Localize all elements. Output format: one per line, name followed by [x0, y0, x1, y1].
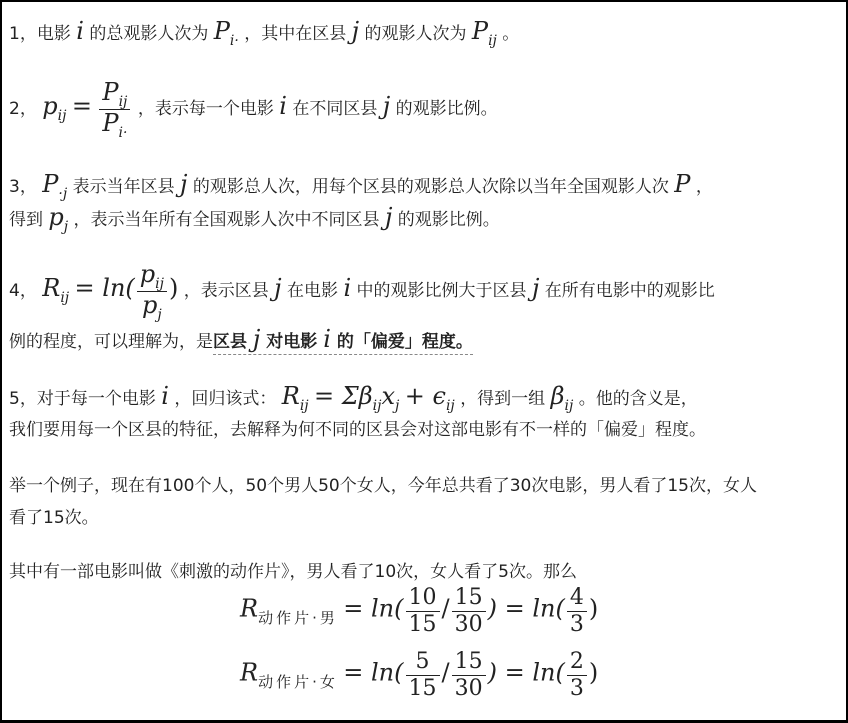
- item-3-line-2: 得到 pj ，表示当年所有全国观影人次中不同区县 j 的观影比例。: [9, 205, 500, 233]
- var-R: R: [240, 595, 258, 623]
- numerator: p: [140, 260, 155, 288]
- example-line-1: 举一个例子，现在有100个人，50个男人50个女人，今年总共看了30次电影，男人…: [9, 474, 757, 498]
- denominator: 30: [452, 612, 486, 638]
- subscript: 动作片·男: [258, 609, 338, 627]
- fraction: pij pj: [137, 261, 167, 322]
- numerator: P: [102, 78, 118, 106]
- var-P: P: [674, 170, 690, 198]
- var-beta: β: [551, 382, 565, 410]
- item-number: 1: [9, 24, 20, 44]
- var-j: j: [352, 17, 359, 45]
- text: 中的观影比例大于区县: [357, 281, 527, 301]
- highlighted-phrase: 区县 j 对电影 i 的「偏爱」程度。: [213, 332, 473, 355]
- paren-close: ): [589, 595, 598, 623]
- slash: /: [442, 595, 450, 623]
- text: 看了15次。: [9, 508, 99, 528]
- subscript: j: [64, 219, 68, 235]
- var-j: j: [532, 274, 539, 302]
- text: ，对于每一个电影: [20, 389, 156, 409]
- item-5-line-1: 5，对于每一个电影 i ，回归该式： Rij = Σβijxj + ϵij ，得…: [9, 384, 698, 412]
- fraction: 1015: [406, 585, 440, 638]
- item-1: 1，电影 i 的总观影人次为 Pi· ，其中在区县 j 的观影人次为 Pij 。: [9, 19, 519, 47]
- var-i: i: [161, 382, 169, 410]
- subscript: ij: [119, 94, 128, 110]
- var-R: R: [240, 659, 258, 687]
- ln-open: = ln(: [343, 595, 403, 623]
- text: ，回归该式：: [174, 389, 276, 409]
- equation-male: R动作片·男 = ln(1015/1530) = ln(43): [240, 585, 598, 638]
- var-i: i: [279, 92, 287, 120]
- denominator: 30: [452, 676, 486, 702]
- text: 的观影总人次，用每个区县的观影总人次除以当年全国观影人次: [193, 177, 669, 197]
- item-2: 2， pij = Pij Pi· ，表示每一个电影 i 在不同区县 j 的观影比…: [9, 78, 498, 140]
- sum-beta: = Σβ: [314, 382, 373, 410]
- denominator: p: [142, 291, 157, 319]
- text: 在所有电影中的观影比: [545, 281, 715, 301]
- subscript: ·j: [58, 186, 67, 202]
- var-p: p: [48, 203, 63, 231]
- item-4-line-2: 例的程度，可以理解为，是区县 j 对电影 i 的「偏爱」程度。: [9, 327, 473, 354]
- denominator: 3: [567, 612, 587, 638]
- numerator: 2: [567, 649, 587, 676]
- subscript: i·: [230, 33, 239, 49]
- equals: =: [72, 92, 92, 120]
- denominator: 15: [406, 676, 440, 702]
- text: ，: [696, 177, 713, 197]
- item-number: 5: [9, 389, 20, 409]
- equation-female: R动作片·女 = ln(515/1530) = ln(23): [240, 649, 598, 702]
- text: 得到: [9, 210, 43, 230]
- text: ，表示每一个电影: [138, 99, 274, 119]
- item-number: 3，: [9, 177, 37, 197]
- text: ，其中在区县: [244, 24, 346, 44]
- item-number: 4，: [9, 281, 37, 301]
- text: 对电影: [266, 332, 317, 352]
- item-4-line-1: 4， Rij = ln( pij pj ) ，表示区县 j 在电影 i 中的观影…: [9, 260, 715, 322]
- subscript: i·: [119, 125, 128, 141]
- var-i: i: [76, 17, 84, 45]
- subscript: ij: [373, 398, 382, 414]
- example-line-3: 其中有一部电影叫做《刺激的动作片》，男人看了10次，女人看了5次。那么: [9, 560, 577, 584]
- text: 在不同区县: [292, 99, 377, 119]
- text: 。: [502, 24, 519, 44]
- text: 区县: [213, 332, 247, 352]
- var-P: P: [472, 17, 488, 45]
- plus-epsilon: + ϵ: [405, 382, 446, 410]
- text: 的「偏爱」程度。: [337, 332, 473, 352]
- text: 举一个例子，现在有100个人，50个男人50个女人，今年总共看了30次电影，男人…: [9, 476, 757, 496]
- document-frame: 1，电影 i 的总观影人次为 Pi· ，其中在区县 j 的观影人次为 Pij 。…: [0, 0, 848, 723]
- fraction: Pij Pi·: [99, 79, 130, 140]
- subscript: ij: [564, 398, 573, 414]
- subscript: ij: [446, 398, 455, 414]
- var-i: i: [323, 325, 331, 353]
- text: ，表示区县: [184, 281, 269, 301]
- example-line-2: 看了15次。: [9, 506, 99, 530]
- text: ，表示当年所有全国观影人次中不同区县: [74, 210, 380, 230]
- subscript: ij: [58, 108, 67, 124]
- slash: /: [442, 659, 450, 687]
- var-P: P: [214, 17, 230, 45]
- item-5-line-2: 我们要用每一个区县的特征，去解释为何不同的区县会对这部电影有不一样的「偏爱」程度…: [9, 418, 706, 442]
- fraction: 1530: [452, 585, 486, 638]
- ln-open: = ln(: [75, 274, 135, 302]
- var-x: x: [381, 382, 395, 410]
- var-j: j: [385, 203, 392, 231]
- text: 我们要用每一个区县的特征，去解释为何不同的区县会对这部电影有不一样的「偏爱」程度…: [9, 420, 706, 440]
- denominator: P: [102, 109, 118, 137]
- text: ，电影: [20, 24, 71, 44]
- text: 表示当年区县: [73, 177, 175, 197]
- subscript: j: [157, 307, 161, 323]
- fraction: 23: [567, 649, 587, 702]
- numerator: 15: [452, 585, 486, 612]
- ln-open: = ln(: [343, 659, 403, 687]
- denominator: 15: [406, 612, 440, 638]
- var-R: R: [42, 274, 60, 302]
- text: 。他的含义是，: [579, 389, 698, 409]
- text: 例的程度，可以理解为，是: [9, 332, 213, 352]
- fraction: 515: [406, 649, 440, 702]
- text: 的总观影人次为: [89, 24, 208, 44]
- paren-close: ): [169, 274, 178, 302]
- text: 其中有一部电影叫做《刺激的动作片》，男人看了10次，女人看了5次。那么: [9, 562, 577, 582]
- var-j: j: [253, 325, 260, 353]
- subscript: ij: [300, 398, 309, 414]
- subscript: ij: [60, 290, 69, 306]
- subscript: ij: [488, 33, 497, 49]
- var-i: i: [343, 274, 351, 302]
- var-j: j: [180, 170, 187, 198]
- denominator: 3: [567, 676, 587, 702]
- numerator: 15: [452, 649, 486, 676]
- text: 的观影人次为: [365, 24, 467, 44]
- text: ，得到一组: [460, 389, 545, 409]
- var-P: P: [42, 170, 58, 198]
- paren-close: ): [589, 659, 598, 687]
- var-j: j: [383, 92, 390, 120]
- text: 在电影: [287, 281, 338, 301]
- item-3-line-1: 3， P·j 表示当年区县 j 的观影总人次，用每个区县的观影总人次除以当年全国…: [9, 172, 713, 200]
- subscript: 动作片·女: [258, 673, 338, 691]
- ln-mid: ) = ln(: [488, 595, 565, 623]
- subscript: j: [395, 398, 399, 414]
- text: 的观影比例。: [396, 99, 498, 119]
- fraction: 1530: [452, 649, 486, 702]
- item-number: 2，: [9, 99, 37, 119]
- fraction: 43: [567, 585, 587, 638]
- numerator: 10: [406, 585, 440, 612]
- var-R: R: [282, 382, 300, 410]
- numerator: 5: [406, 649, 440, 676]
- numerator: 4: [567, 585, 587, 612]
- text: 的观影比例。: [398, 210, 500, 230]
- var-j: j: [274, 274, 281, 302]
- ln-mid: ) = ln(: [488, 659, 565, 687]
- subscript: ij: [155, 276, 164, 292]
- var-p: p: [42, 92, 57, 120]
